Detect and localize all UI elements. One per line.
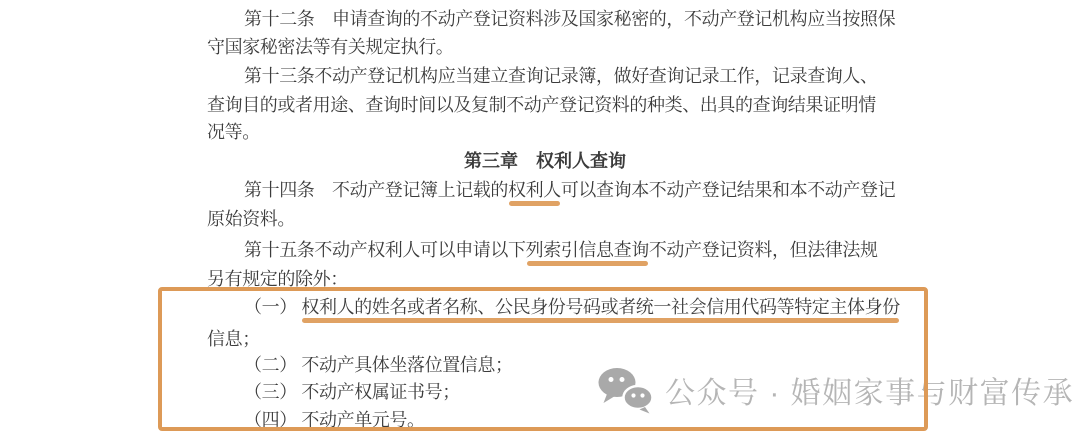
text-segment: （二） 不动产具体坐落位置信息； — [244, 355, 513, 375]
document-page: 第十二条 申请查询的不动产登记资料涉及国家秘密的，不动产登记机构应当按照保守国家… — [0, 0, 1080, 437]
text-line: 第十二条 申请查询的不动产登记资料涉及国家秘密的，不动产登记机构应当按照保 — [207, 9, 920, 29]
text-line: 第十三条不动产登记机构应当建立查询记录簿，做好查询记录工作，记录查询人、 — [207, 66, 920, 86]
text-line: 守国家秘密法等有关规定执行。 — [207, 37, 883, 57]
text-line: 查询目的或者用途、查询时间以及复制不动产登记资料的种类、出具的查询结果证明情 — [207, 95, 883, 115]
text-segment: 不动产登记资料，但法律法规 — [649, 240, 878, 260]
underlined-text: 列索引信息查询 — [526, 240, 649, 260]
text-segment: 第十五条不动产权利人可以申请以下 — [244, 240, 526, 260]
text-segment: （一） — [244, 297, 301, 317]
text-line: 信息； — [207, 329, 883, 349]
text-segment: 况等。 — [207, 122, 260, 142]
text-segment: 原始资料。 — [207, 209, 295, 229]
text-segment: 第十二条 申请查询的不动产登记资料涉及国家秘密的，不动产登记机构应当按照保 — [244, 9, 895, 29]
text-line: 另有规定的除外： — [207, 269, 883, 289]
text-segment: 信息； — [207, 329, 260, 349]
chapter-heading: 第三章 权利人查询 — [207, 151, 883, 171]
text-segment: 另有规定的除外： — [207, 269, 348, 289]
text-segment: 第十三条不动产登记机构应当建立查询记录簿，做好查询记录工作，记录查询人、 — [244, 66, 878, 86]
underlined-text: 权利人 — [508, 180, 561, 200]
text-line: （四） 不动产单元号。 — [207, 410, 920, 430]
text-line: 第十五条不动产权利人可以申请以下列索引信息查询不动产登记资料，但法律法规 — [207, 240, 920, 260]
text-segment: （四） 不动产单元号。 — [244, 410, 425, 430]
text-segment: 查询目的或者用途、查询时间以及复制不动产登记资料的种类、出具的查询结果证明情 — [207, 95, 876, 115]
text-line: 第十四条 不动产登记簿上记载的权利人可以查询本不动产登记结果和本不动产登记 — [207, 180, 920, 200]
text-line: （二） 不动产具体坐落位置信息； — [207, 355, 920, 375]
text-segment: 可以查询本不动产登记结果和本不动产登记 — [561, 180, 895, 200]
text-segment: 第十四条 不动产登记簿上记载的 — [244, 180, 508, 200]
text-line: （三） 不动产权属证书号； — [207, 382, 920, 402]
underlined-text: 权利人的姓名或者名称、公民身份号码或者统一社会信用代码等特定主体身份 — [301, 297, 899, 317]
text-segment: 守国家秘密法等有关规定执行。 — [207, 37, 453, 57]
text-line: 原始资料。 — [207, 209, 883, 229]
text-line: 况等。 — [207, 122, 883, 142]
text-line: （一） 权利人的姓名或者名称、公民身份号码或者统一社会信用代码等特定主体身份 — [207, 297, 920, 317]
text-segment: 第三章 权利人查询 — [464, 151, 626, 171]
text-segment: （三） 不动产权属证书号； — [244, 382, 460, 402]
